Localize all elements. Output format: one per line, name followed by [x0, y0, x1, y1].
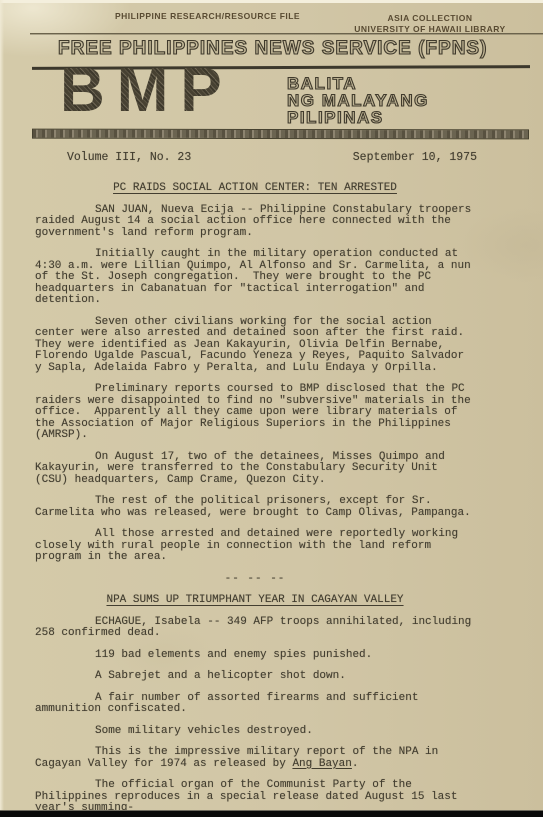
paragraph-text: This is the impressive military report o…	[35, 746, 445, 770]
article2-paragraph: A fair number of assorted firearms and s…	[35, 693, 475, 716]
scanned-newsletter-page: PHILIPPINE RESEARCH/RESOURCE FILE ASIA C…	[0, 0, 543, 817]
logo-full-name: BALITA NG MALAYANG PILIPINAS	[287, 75, 429, 126]
logo-name-line1: BALITA	[287, 75, 429, 92]
article1-paragraph: The rest of the political prisoners, exc…	[35, 496, 475, 519]
library-file-stamp: PHILIPPINE RESEARCH/RESOURCE FILE	[115, 11, 300, 21]
article1-paragraph: Seven other civilians working for the so…	[35, 317, 475, 375]
article2-paragraph: Some military vehicles destroyed.	[35, 726, 475, 738]
masthead-bottom-bar	[32, 129, 529, 140]
scan-edge-bottom	[0, 810, 543, 817]
bmp-logo: BMP	[60, 60, 234, 122]
article1-paragraph: All those arrested and detained were rep…	[35, 529, 475, 564]
article1-paragraph: Preliminary reports coursed to BMP discl…	[35, 384, 475, 442]
paragraph-text: .	[352, 758, 359, 770]
article2-paragraph: 119 bad elements and enemy spies punishe…	[35, 650, 475, 662]
scan-edge-top	[0, 0, 543, 3]
article2-paragraph-ang-bayan: This is the impressive military report o…	[35, 747, 475, 770]
logo-name-line3: PILIPINAS	[287, 109, 429, 126]
article2-headline: NPA SUMS UP TRIUMPHANT YEAR IN CAGAYAN V…	[35, 595, 475, 607]
ang-bayan-publication-title: Ang Bayan	[292, 758, 351, 770]
issue-line: Volume III, No. 23 September 10, 1975	[67, 151, 477, 164]
article-body: PC RAIDS SOCIAL ACTION CENTER: TEN ARRES…	[35, 183, 475, 815]
asia-collection-line1: ASIA COLLECTION	[342, 13, 518, 24]
article1-paragraph: SAN JUAN, Nueva Ecija -- Philippine Cons…	[35, 205, 475, 240]
article2-paragraph: A Sabrejet and a helicopter shot down.	[35, 671, 475, 683]
article1-paragraph: Initially caught in the military operati…	[35, 249, 475, 307]
scan-edge-left	[0, 0, 4, 817]
article2-paragraph: ECHAGUE, Isabela -- 349 AFP troops annih…	[35, 617, 475, 640]
asia-collection-stamp: ASIA COLLECTION UNIVERSITY OF HAWAII LIB…	[342, 13, 518, 35]
volume-number: Volume III, No. 23	[67, 151, 191, 164]
article1-paragraph: On August 17, two of the detainees, Miss…	[35, 452, 475, 487]
article1-headline: PC RAIDS SOCIAL ACTION CENTER: TEN ARRES…	[35, 183, 475, 195]
logo-name-line2: NG MALAYANG	[287, 92, 429, 109]
issue-date: September 10, 1975	[353, 151, 477, 164]
section-divider: -- -- --	[35, 574, 475, 586]
masthead-top-rule	[30, 33, 543, 35]
